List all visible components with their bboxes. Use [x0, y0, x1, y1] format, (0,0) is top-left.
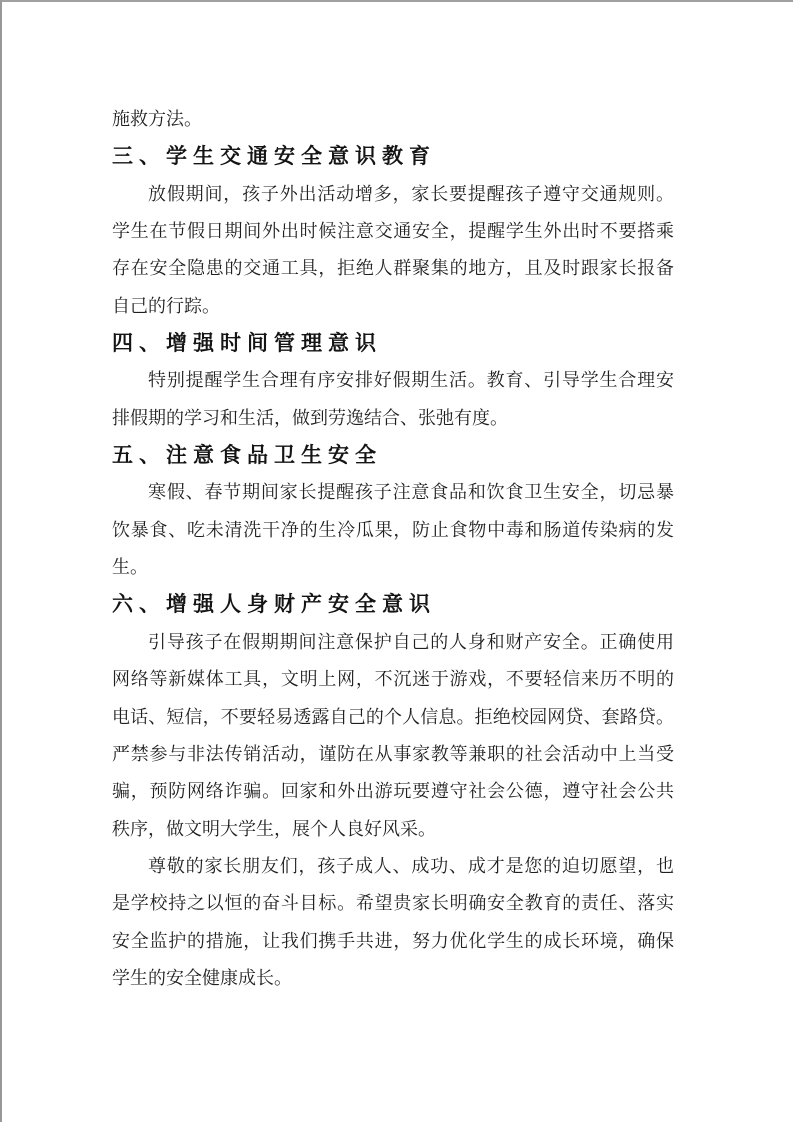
- text-line: 骗，预防网络诈骗。回家和外出游玩要遵守社会公德，遵守社会公共: [112, 773, 674, 810]
- document-content: 施救方法。三、学生交通安全意识教育放假期间，孩子外出活动增多，家长要提醒孩子遵守…: [112, 101, 674, 997]
- section-heading: 三、学生交通安全意识教育: [112, 138, 674, 175]
- text-line: 饮暴食、吃未清洗干净的生冷瓜果，防止食物中毒和肠道传染病的发: [112, 512, 674, 549]
- text-line: 排假期的学习和生活，做到劳逸结合、张弛有度。: [112, 400, 674, 437]
- text-line: 施救方法。: [112, 101, 674, 138]
- text-line: 放假期间，孩子外出活动增多，家长要提醒孩子遵守交通规则。: [112, 176, 674, 213]
- section-heading: 六、增强人身财产安全意识: [112, 586, 674, 623]
- text-line: 特别提醒学生合理有序安排好假期生活。教育、引导学生合理安: [112, 362, 674, 399]
- text-line: 是学校持之以恒的奋斗目标。希望贵家长明确安全教育的责任、落实: [112, 885, 674, 922]
- text-line: 学生在节假日期间外出时候注意交通安全，提醒学生外出时不要搭乘: [112, 213, 674, 250]
- text-line: 生。: [112, 549, 674, 586]
- text-line: 存在安全隐患的交通工具，拒绝人群聚集的地方，且及时跟家长报备: [112, 250, 674, 287]
- text-line: 秩序，做文明大学生，展个人良好风采。: [112, 811, 674, 848]
- text-line: 网络等新媒体工具，文明上网，不沉迷于游戏，不要轻信来历不明的: [112, 661, 674, 698]
- section-heading: 四、增强时间管理意识: [112, 325, 674, 362]
- section-heading: 五、注意食品卫生安全: [112, 437, 674, 474]
- text-line: 引导孩子在假期期间注意保护自己的人身和财产安全。正确使用: [112, 624, 674, 661]
- text-line: 电话、短信，不要轻易透露自己的个人信息。拒绝校园网贷、套路贷。: [112, 699, 674, 736]
- text-line: 严禁参与非法传销活动，谨防在从事家教等兼职的社会活动中上当受: [112, 736, 674, 773]
- text-line: 学生的安全健康成长。: [112, 960, 674, 997]
- text-line: 尊敬的家长朋友们，孩子成人、成功、成才是您的迫切愿望，也: [112, 848, 674, 885]
- text-line: 自己的行踪。: [112, 288, 674, 325]
- text-line: 寒假、春节期间家长提醒孩子注意食品和饮食卫生安全，切忌暴: [112, 474, 674, 511]
- text-line: 安全监护的措施，让我们携手共进，努力优化学生的成长环境，确保: [112, 923, 674, 960]
- document-page: 施救方法。三、学生交通安全意识教育放假期间，孩子外出活动增多，家长要提醒孩子遵守…: [0, 0, 793, 1122]
